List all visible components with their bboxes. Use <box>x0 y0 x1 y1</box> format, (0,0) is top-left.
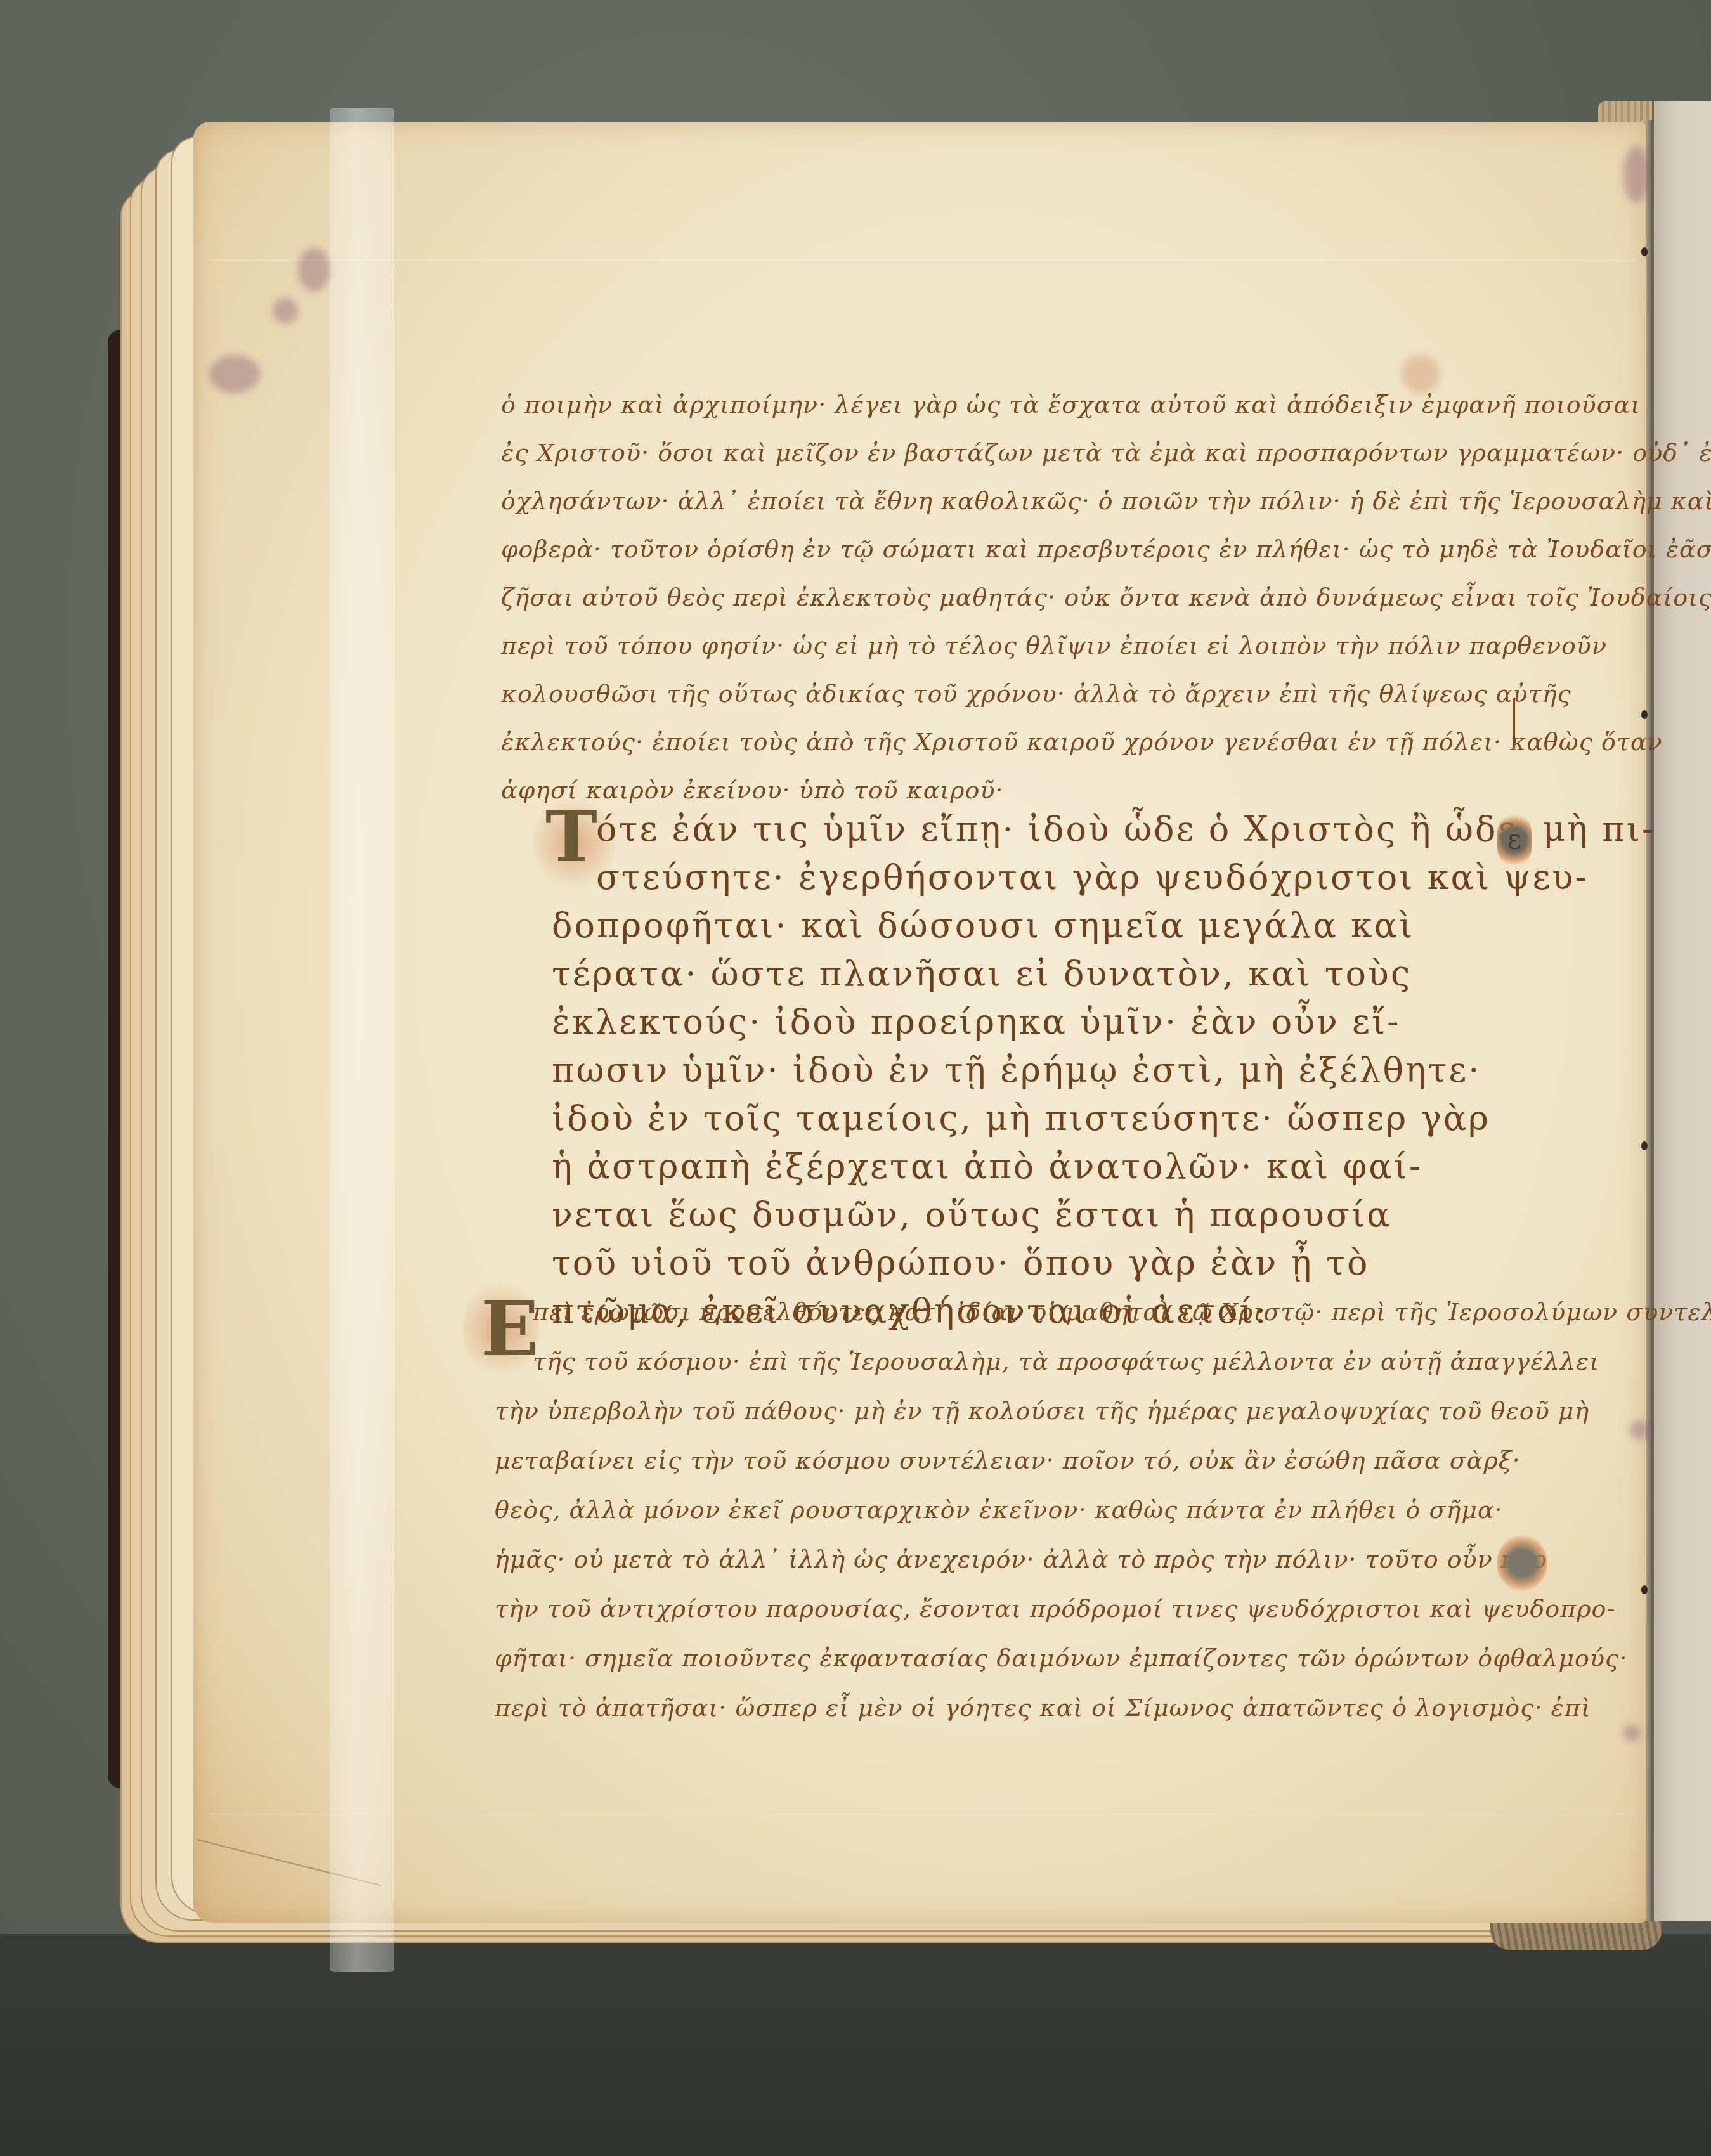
gospel-line: τοῦ υἱοῦ τοῦ ἀνθρώπου· ὅπου γὰρ ἐὰν ᾖ τὸ <box>552 1239 1465 1287</box>
purple-stain <box>273 298 298 323</box>
commentary-line: ἐς Χριστοῦ· ὅσοι καὶ μεῖζον ἐν βαστάζων … <box>501 429 1516 477</box>
commentary-bottom: πεὶ ἐρωτῶσι προσελθόντες κατ᾽ ἰδίαν οἱ μ… <box>495 1287 1522 1732</box>
gospel-line: πωσιν ὑμῖν· ἰδοὺ ἐν τῇ ἐρήμῳ ἐστὶ, μὴ ἐξ… <box>552 1046 1465 1094</box>
gospel-line: ἐκλεκτούς· ἰδοὺ προείρηκα ὑμῖν· ἐὰν οὖν … <box>552 998 1465 1046</box>
background-shadow <box>0 1934 1711 2156</box>
gospel-text: ότε ἐάν τις ὑμῖν εἴπῃ· ἰδοὺ ὧδε ὁ Χριστὸ… <box>552 805 1465 1335</box>
commentary-line: φῆται· σημεῖα ποιοῦντες ἐκφαντασίας δαιμ… <box>495 1633 1522 1683</box>
facing-page <box>1652 101 1711 1921</box>
commentary-line: περὶ τοῦ τόπου φησίν· ὡς εἰ μὴ τὸ τέλος … <box>501 621 1516 670</box>
purple-stain <box>209 355 260 393</box>
gospel-line: ότε ἐάν τις ὑμῖν εἴπῃ· ἰδοὺ ὧδε ὁ Χριστὸ… <box>552 805 1465 854</box>
gospel-line: νεται ἕως δυσμῶν, οὕτως ἔσται ἡ παρουσία <box>552 1191 1465 1239</box>
commentary-line: πεὶ ἐρωτῶσι προσελθόντες κατ᾽ ἰδίαν οἱ μ… <box>495 1287 1522 1337</box>
margin-stain <box>1497 1535 1547 1592</box>
binding-hole <box>1641 710 1648 719</box>
commentary-line: φοβερὰ· τοῦτον ὁρίσθη ἐν τῷ σώματι καὶ π… <box>501 525 1516 573</box>
gospel-line: στεύσητε· ἐγερθήσονται γὰρ ψευδόχριστοι … <box>552 854 1465 902</box>
transparent-tape-strip <box>330 108 394 1972</box>
purple-stain <box>298 247 330 292</box>
commentary-line: ὁ ποιμὴν καὶ ἀρχιποίμην· λέγει γὰρ ὡς τὰ… <box>501 380 1516 429</box>
commentary-line: ἐκλεκτούς· ἐποίει τοὺς ἀπὸ τῆς Χριστοῦ κ… <box>501 718 1516 766</box>
commentary-line: ἡμᾶς· οὐ μετὰ τὸ ἀλλ᾽ ἰλλὴ ὡς ἀνεχειρόν·… <box>495 1535 1522 1584</box>
ruling-line <box>209 260 1636 261</box>
gospel-line: δοπροφῆται· καὶ δώσουσι σημεῖα μεγάλα κα… <box>552 902 1465 950</box>
commentary-line: κολουσθῶσι τῆς οὕτως ἀδικίας τοῦ χρόνου·… <box>501 670 1516 718</box>
gospel-line: ἰδοὺ ἐν τοῖς ταμείοις, μὴ πιστεύσητε· ὥσ… <box>552 1094 1465 1143</box>
commentary-line: θεὸς, ἀλλὰ μόνον ἐκεῖ ρουσταρχικὸν ἐκεῖν… <box>495 1485 1522 1535</box>
gospel-line: ἡ ἀστραπὴ ἐξέρχεται ἀπὸ ἀνατολῶν· καὶ φα… <box>552 1143 1465 1191</box>
ruling-line <box>209 1814 1636 1814</box>
gospel-line: τέρατα· ὥστε πλανῆσαι εἰ δυνατὸν, καὶ το… <box>552 950 1465 998</box>
commentary-line: ζῆσαι αὐτοῦ θεὸς περὶ ἐκλεκτοὺς μαθητάς·… <box>501 573 1516 621</box>
section-number-mark: ε <box>1497 812 1532 869</box>
binding-hole <box>1641 1141 1648 1150</box>
purple-stain <box>1623 146 1649 203</box>
commentary-line: τὴν ὑπερβολὴν τοῦ πάθους· μὴ ἐν τῇ κολού… <box>495 1386 1522 1436</box>
tailband <box>1490 1921 1662 1950</box>
commentary-line: μεταβαίνει εἰς τὴν τοῦ κόσμου συντέλειαν… <box>495 1436 1522 1485</box>
purple-stain <box>1623 1725 1640 1741</box>
margin-bar <box>1513 698 1515 748</box>
commentary-top: ὁ ποιμὴν καὶ ἀρχιποίμην· λέγει γὰρ ὡς τὰ… <box>501 380 1516 814</box>
binding-hole <box>1641 247 1648 256</box>
commentary-line: περὶ τὸ ἀπατῆσαι· ὥσπερ εἶ μὲν οἱ γόητες… <box>495 1683 1522 1732</box>
purple-stain <box>1630 1420 1649 1439</box>
commentary-line: τὴν τοῦ ἀντιχρίστου παρουσίας, ἔσονται π… <box>495 1584 1522 1633</box>
binding-hole <box>1641 1585 1648 1594</box>
commentary-line: ὀχλησάντων· ἀλλ᾽ ἐποίει τὰ ἔθνη καθολικῶ… <box>501 477 1516 525</box>
commentary-line: τῆς τοῦ κόσμου· ἐπὶ τῆς Ἱερουσαλὴμ, τὰ π… <box>495 1337 1522 1386</box>
